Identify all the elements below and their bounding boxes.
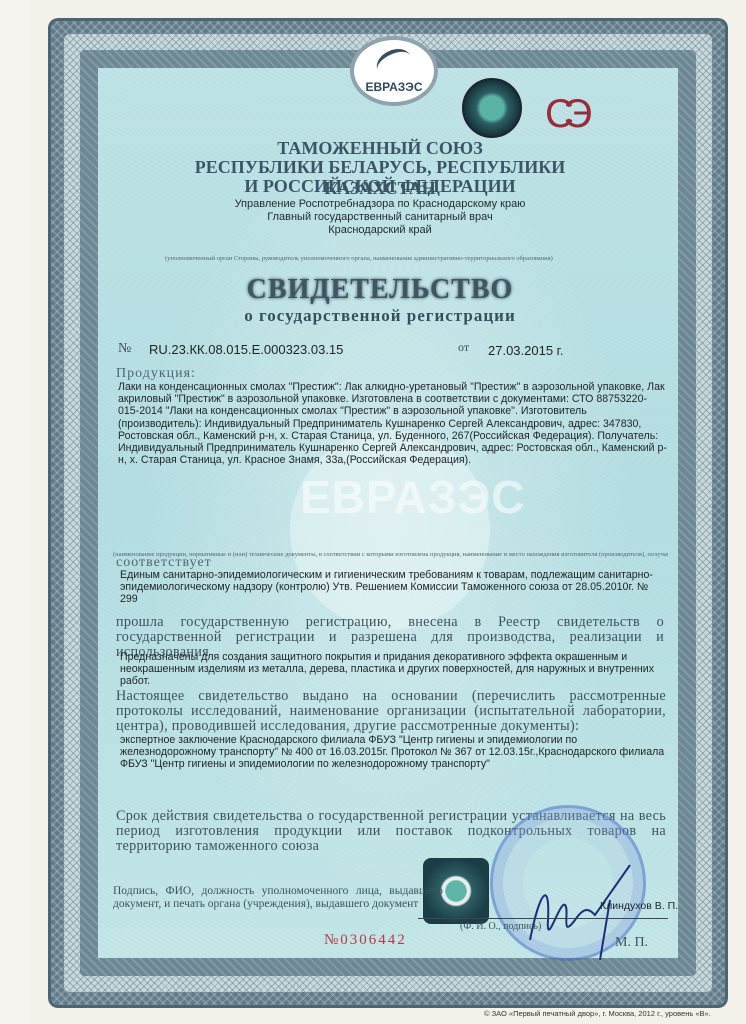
certificate-title: СВИДЕТЕЛЬСТВО	[200, 274, 560, 306]
products-label: Продукция:	[116, 366, 196, 382]
header-line-3: И РОССИЙСКОЙ ФЕДЕРАЦИИ	[190, 176, 570, 197]
conformity-mark-icon: СЭ	[545, 96, 615, 132]
date-label: от	[458, 340, 469, 355]
signature-label: Подпись, ФИО, должность уполномоченного …	[113, 885, 443, 910]
authority-line-3: Краснодарский край	[220, 224, 540, 237]
signature-line	[418, 918, 668, 919]
authority-line-2: Главный государственный санитарный врач	[220, 211, 540, 224]
basis-text: экспертное заключение Краснодарского фил…	[120, 734, 665, 771]
eurasec-swoosh-icon	[372, 44, 416, 83]
printer-note: © ЗАО «Первый печатный двор», г. Москва,…	[484, 1009, 711, 1018]
registration-number: RU.23.КК.08.015.Е.000323.03.15	[149, 342, 343, 357]
conformity-text: Единым санитарно-эпидемиологическим и ги…	[120, 569, 665, 606]
header-line-1: ТАМОЖЕННЫЙ СОЮЗ	[190, 138, 570, 159]
authority-caption: (уполномоченный орган Стороны, руководит…	[165, 255, 625, 262]
registration-date: 27.03.2015 г.	[488, 343, 563, 358]
signature-caption: (Ф. И. О., подпись)	[460, 921, 541, 932]
seal-mark: М. П.	[615, 935, 648, 951]
watermark-text: ЕВРАЗЭС	[300, 470, 480, 524]
certificate-subtitle: о государственной регистрации	[200, 306, 560, 326]
usage-purpose: Предназначены для создания защитного пок…	[120, 651, 668, 688]
number-label: №	[118, 341, 131, 357]
products-text: Лаки на конденсационных смолах "Престиж"…	[118, 381, 668, 466]
basis-label: Настоящее свидетельство выдано на основа…	[116, 689, 666, 734]
signer-name: Клиндухов В. П.	[600, 900, 678, 912]
serial-number: №0306442	[324, 932, 407, 949]
eurasec-logo-text: ЕВРАЗЭС	[365, 80, 422, 94]
authority-line-1: Управление Роспотребнадзора по Краснодар…	[220, 198, 540, 211]
hologram-sticker-icon	[462, 78, 522, 138]
eurasec-logo: ЕВРАЗЭС	[350, 36, 438, 106]
